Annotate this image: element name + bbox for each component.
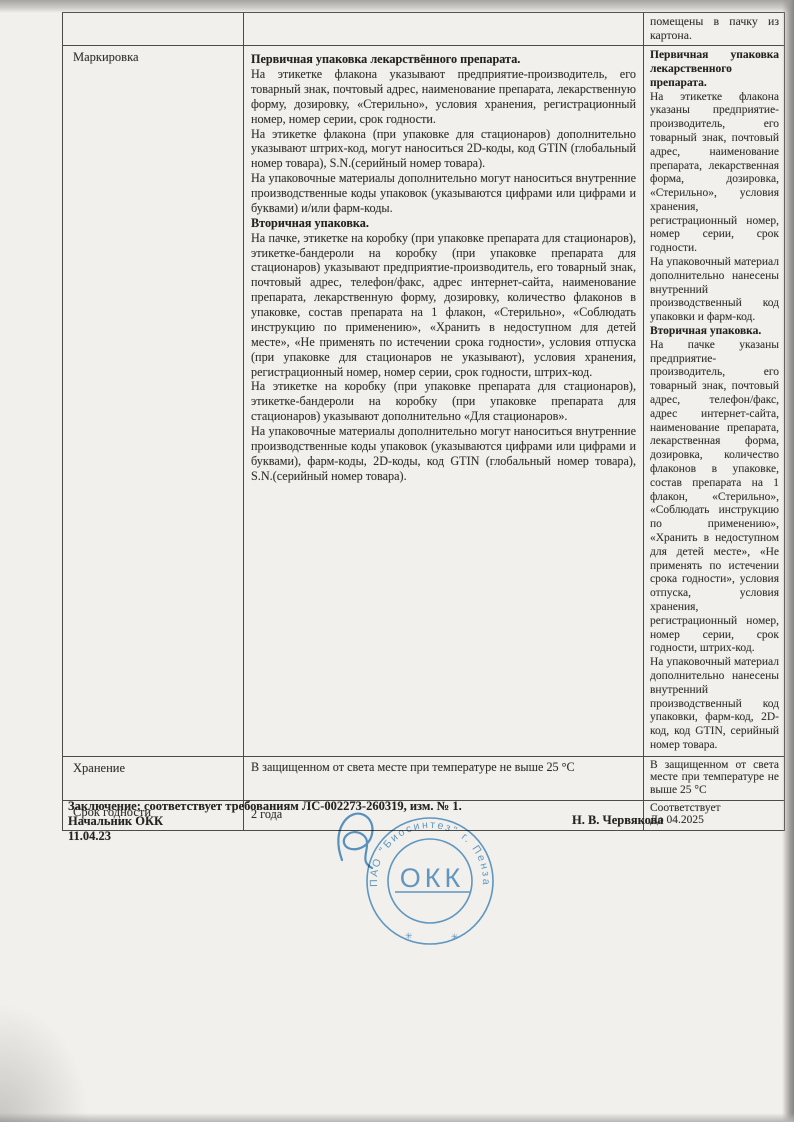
signature-stroke xyxy=(338,814,372,868)
paragraph: На пачке, этикетке на коробку (при упако… xyxy=(251,231,636,380)
scan-edge-bottom xyxy=(0,1113,794,1122)
storage-label: Хранение xyxy=(73,761,125,775)
storage-result-cell: В защищенном от света месте при температ… xyxy=(644,756,785,800)
shelf-life-expiry: До 04.2025 xyxy=(650,814,779,826)
scan-edge-right xyxy=(782,0,794,1122)
marking-requirements-cell: Первичная упаковка лекарствённого препар… xyxy=(244,46,644,757)
paragraph: Вторичная упаковка. xyxy=(251,216,636,231)
signatory-title: Начальник ОКК xyxy=(68,814,163,829)
paragraph: Вторичная упаковка. xyxy=(650,325,779,339)
handwritten-signature xyxy=(330,806,410,878)
signatory-name: Н. В. Червякова xyxy=(572,813,664,828)
storage-requirements-cell: В защищенном от света месте при температ… xyxy=(244,756,644,800)
paragraph: На упаковочные материалы дополнительно м… xyxy=(251,424,636,484)
table-row-continuation: помещены в пачку из картона. xyxy=(63,13,785,46)
continuation-note: помещены в пачку из картона. xyxy=(650,15,779,42)
paragraph: Первичная упаковка лекарствённого препар… xyxy=(251,52,636,67)
scan-edge-top xyxy=(0,0,794,13)
storage-requirement: В защищенном от света месте при температ… xyxy=(251,760,636,775)
paragraph: Первичная упаковка лекарственного препар… xyxy=(650,49,779,90)
paragraph: На пачке указаны предприятие-производите… xyxy=(650,339,779,656)
signature-date: 11.04.23 xyxy=(68,829,111,844)
table-row-marking: Маркировка Первичная упаковка лекарствён… xyxy=(63,46,785,757)
scanned-document-page: помещены в пачку из картона. Маркировка … xyxy=(0,0,794,1122)
spec-table: помещены в пачку из картона. Маркировка … xyxy=(62,12,785,831)
storage-result: В защищенном от света месте при температ… xyxy=(650,759,779,797)
marking-label-cell: Маркировка xyxy=(63,46,244,757)
paragraph: На этикетке на коробку (при упаковке пре… xyxy=(251,379,636,424)
paragraph: На упаковочный материал дополнительно на… xyxy=(650,256,779,325)
stamp-asterisk-icon: ✳ xyxy=(405,931,413,941)
storage-label-cell: Хранение xyxy=(63,756,244,800)
paragraph: На этикетке флакона (при упаковке для ст… xyxy=(251,127,636,172)
scan-corner-shadow xyxy=(0,1002,90,1122)
paragraph: На этикетке флакона указывают предприяти… xyxy=(251,67,636,127)
marking-label: Маркировка xyxy=(73,50,139,64)
stamp-asterisk-icon: ✳ xyxy=(451,932,459,942)
marking-result-cell: Первичная упаковка лекарственного препар… xyxy=(644,46,785,757)
paragraph: На этикетке флакона указаны предприятие-… xyxy=(650,91,779,257)
continuation-note-cell: помещены в пачку из картона. xyxy=(644,13,785,46)
table-row-storage: Хранение В защищенном от света месте при… xyxy=(63,756,785,800)
paragraph: На упаковочные материалы дополнительно м… xyxy=(251,171,636,216)
continuation-label-cell xyxy=(63,13,244,46)
continuation-middle-cell xyxy=(244,13,644,46)
paragraph: На упаковочный материал дополнительно на… xyxy=(650,656,779,753)
